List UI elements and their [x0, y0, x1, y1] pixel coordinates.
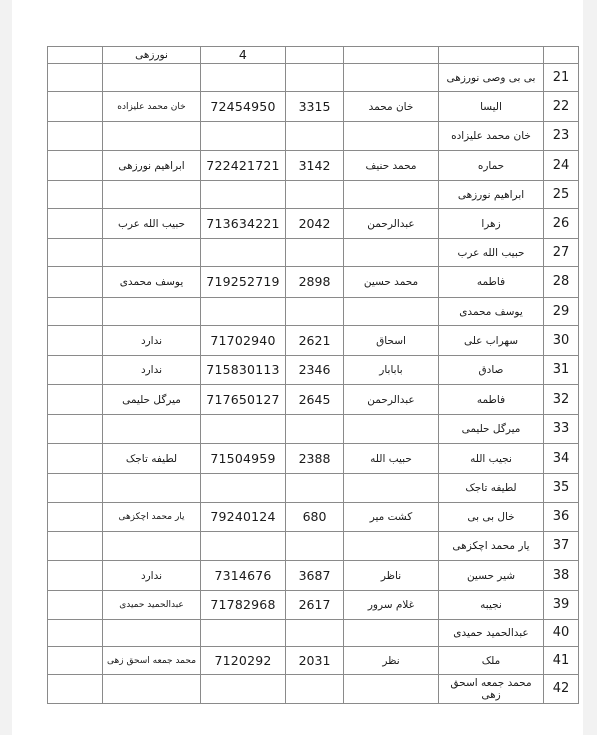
table-row: لطیفه تاجک 71504959 2388 حبیب الله نجیب …: [48, 444, 579, 474]
cell-code: [286, 675, 344, 704]
cell-guardian: [103, 181, 201, 209]
cell-code: [286, 181, 344, 209]
table-row: حبیب الله عرب 713634221 2042 عبدالرحمن ز…: [48, 209, 579, 239]
cell-name: فاطمه: [439, 267, 544, 298]
cell-father-name: حبیب الله: [344, 444, 439, 474]
cell-extra: [48, 415, 103, 444]
cell-name: شیر حسین: [439, 561, 544, 591]
cell-index: 28: [544, 267, 579, 298]
cell-phone: 715830113: [201, 356, 286, 385]
cell-code: [286, 415, 344, 444]
cell-father-name: [344, 181, 439, 209]
cell-index: 40: [544, 620, 579, 647]
cell-code: [286, 474, 344, 503]
cell-guardian: [103, 239, 201, 267]
cell-father-name: ناظر: [344, 561, 439, 591]
cell-name: حبیب الله عرب: [439, 239, 544, 267]
cell-father-name: [344, 298, 439, 326]
cell-index: 22: [544, 92, 579, 122]
cell-name: زهرا: [439, 209, 544, 239]
cell-guardian: [103, 64, 201, 92]
cell-index: 34: [544, 444, 579, 474]
cell-index: 38: [544, 561, 579, 591]
cell-guardian: نورزهی: [103, 47, 201, 64]
table-row: ابراهیم نورزهی 722421721 3142 محمد حنیف …: [48, 151, 579, 181]
table-row: یوسف محمدی 719252719 2898 محمد حسین فاطم…: [48, 267, 579, 298]
cell-father-name: محمد حنیف: [344, 151, 439, 181]
cell-father-name: خان محمد: [344, 92, 439, 122]
cell-extra: [48, 326, 103, 356]
cell-code: [286, 47, 344, 64]
cell-father-name: [344, 239, 439, 267]
cell-extra: [48, 356, 103, 385]
cell-father-name: [344, 532, 439, 561]
cell-phone: 71504959: [201, 444, 286, 474]
cell-index: 36: [544, 503, 579, 532]
cell-father-name: [344, 64, 439, 92]
cell-index: 32: [544, 385, 579, 415]
cell-guardian: خان محمد علیزاده: [103, 92, 201, 122]
cell-father-name: کشت میر: [344, 503, 439, 532]
cell-code: [286, 64, 344, 92]
cell-guardian: ندارد: [103, 326, 201, 356]
cell-phone: 7120292: [201, 647, 286, 675]
table-row: عبدالحمید حمیدی 71782968 2617 غلام سرور …: [48, 591, 579, 620]
table-row: خان محمد علیزاده 23: [48, 122, 579, 151]
cell-name: سهراب علی: [439, 326, 544, 356]
cell-extra: [48, 267, 103, 298]
cell-phone: 4: [201, 47, 286, 64]
cell-extra: [48, 151, 103, 181]
cell-name: صادق: [439, 356, 544, 385]
table-row: عبدالحمید حمیدی 40: [48, 620, 579, 647]
cell-name: یار محمد اچکزهی: [439, 532, 544, 561]
cell-extra: [48, 298, 103, 326]
cell-guardian: ندارد: [103, 561, 201, 591]
cell-guardian: حبیب الله عرب: [103, 209, 201, 239]
cell-phone: 719252719: [201, 267, 286, 298]
cell-father-name: [344, 122, 439, 151]
cell-guardian: میرگل حلیمی: [103, 385, 201, 415]
cell-extra: [48, 209, 103, 239]
cell-guardian: یار محمد اچکزهی: [103, 503, 201, 532]
cell-index: 23: [544, 122, 579, 151]
cell-name: نجیب الله: [439, 444, 544, 474]
cell-code: 3315: [286, 92, 344, 122]
cell-index: 42: [544, 675, 579, 704]
cell-code: 2898: [286, 267, 344, 298]
cell-extra: [48, 620, 103, 647]
cell-father-name: [344, 415, 439, 444]
cell-phone: 72454950: [201, 92, 286, 122]
table-row: بی بی وصی نورزهی 21: [48, 64, 579, 92]
cell-father-name: نظر: [344, 647, 439, 675]
table-row: ابراهیم نورزهی 25: [48, 181, 579, 209]
cell-guardian: یوسف محمدی: [103, 267, 201, 298]
cell-code: 3687: [286, 561, 344, 591]
cell-phone: 71702940: [201, 326, 286, 356]
cell-father-name: [344, 47, 439, 64]
cell-guardian: [103, 675, 201, 704]
cell-father-name: محمد حسین: [344, 267, 439, 298]
cell-father-name: [344, 474, 439, 503]
cell-phone: 71782968: [201, 591, 286, 620]
cell-extra: [48, 675, 103, 704]
cell-father-name: عبدالرحمن: [344, 385, 439, 415]
cell-phone: 7314676: [201, 561, 286, 591]
cell-name: بی بی وصی نورزهی: [439, 64, 544, 92]
cell-extra: [48, 92, 103, 122]
cell-guardian: محمد جمعه اسحق زهی: [103, 647, 201, 675]
cell-index: 24: [544, 151, 579, 181]
cell-father-name: [344, 675, 439, 704]
cell-father-name: بابابار: [344, 356, 439, 385]
table-row: نورزهی 4: [48, 47, 579, 64]
cell-phone: [201, 239, 286, 267]
cell-index: 31: [544, 356, 579, 385]
cell-phone: [201, 620, 286, 647]
cell-guardian: [103, 122, 201, 151]
cell-phone: [201, 474, 286, 503]
table-row: یار محمد اچکزهی 37: [48, 532, 579, 561]
cell-extra: [48, 47, 103, 64]
cell-code: [286, 620, 344, 647]
cell-extra: [48, 239, 103, 267]
cell-guardian: ابراهیم نورزهی: [103, 151, 201, 181]
cell-index: 37: [544, 532, 579, 561]
cell-extra: [48, 561, 103, 591]
cell-code: 3142: [286, 151, 344, 181]
cell-phone: 713634221: [201, 209, 286, 239]
cell-index: 26: [544, 209, 579, 239]
cell-code: [286, 239, 344, 267]
cell-phone: [201, 675, 286, 704]
cell-index: 25: [544, 181, 579, 209]
cell-code: 2617: [286, 591, 344, 620]
table-row: ندارد 71702940 2621 اسحاق سهراب علی 30: [48, 326, 579, 356]
cell-name: محمد جمعه اسحق زهی: [439, 675, 544, 704]
cell-extra: [48, 64, 103, 92]
cell-guardian: لطیفه تاجک: [103, 444, 201, 474]
cell-guardian: [103, 474, 201, 503]
cell-index: 29: [544, 298, 579, 326]
table-row: محمد جمعه اسحق زهی 7120292 2031 نظر ملک …: [48, 647, 579, 675]
cell-code: 2042: [286, 209, 344, 239]
cell-name: خال بی بی: [439, 503, 544, 532]
cell-code: 2346: [286, 356, 344, 385]
cell-index: 35: [544, 474, 579, 503]
cell-index: 27: [544, 239, 579, 267]
table-row: یوسف محمدی 29: [48, 298, 579, 326]
cell-code: 680: [286, 503, 344, 532]
cell-name: ملک: [439, 647, 544, 675]
cell-name: میرگل حلیمی: [439, 415, 544, 444]
cell-guardian: [103, 532, 201, 561]
table-row: لطیفه تاجک 35: [48, 474, 579, 503]
cell-guardian: عبدالحمید حمیدی: [103, 591, 201, 620]
table-row: ندارد 7314676 3687 ناظر شیر حسین 38: [48, 561, 579, 591]
document-page: نورزهی 4 بی بی وصی نورزهی 21 خان محمد عل…: [12, 0, 583, 735]
table-row: حبیب الله عرب 27: [48, 239, 579, 267]
cell-extra: [48, 503, 103, 532]
cell-index: 21: [544, 64, 579, 92]
cell-name: خان محمد علیزاده: [439, 122, 544, 151]
table-row: میرگل حلیمی 717650127 2645 عبدالرحمن فاط…: [48, 385, 579, 415]
cell-extra: [48, 647, 103, 675]
cell-phone: [201, 64, 286, 92]
table-row: یار محمد اچکزهی 79240124 680 کشت میر خال…: [48, 503, 579, 532]
cell-code: [286, 122, 344, 151]
cell-guardian: ندارد: [103, 356, 201, 385]
cell-code: 2388: [286, 444, 344, 474]
table-row: محمد جمعه اسحق زهی 42: [48, 675, 579, 704]
cell-code: [286, 532, 344, 561]
cell-phone: 722421721: [201, 151, 286, 181]
cell-name: عبدالحمید حمیدی: [439, 620, 544, 647]
cell-code: 2621: [286, 326, 344, 356]
cell-index: 41: [544, 647, 579, 675]
cell-name: حماره: [439, 151, 544, 181]
cell-father-name: اسحاق: [344, 326, 439, 356]
cell-father-name: غلام سرور: [344, 591, 439, 620]
cell-phone: [201, 415, 286, 444]
cell-index: 30: [544, 326, 579, 356]
cell-name: فاطمه: [439, 385, 544, 415]
cell-code: 2645: [286, 385, 344, 415]
cell-guardian: [103, 298, 201, 326]
cell-name: الیسا: [439, 92, 544, 122]
cell-index: 39: [544, 591, 579, 620]
table-row: ندارد 715830113 2346 بابابار صادق 31: [48, 356, 579, 385]
cell-name: [439, 47, 544, 64]
cell-phone: [201, 122, 286, 151]
cell-phone: 79240124: [201, 503, 286, 532]
cell-name: یوسف محمدی: [439, 298, 544, 326]
cell-code: [286, 298, 344, 326]
cell-name: لطیفه تاجک: [439, 474, 544, 503]
cell-phone: 717650127: [201, 385, 286, 415]
cell-extra: [48, 385, 103, 415]
cell-index: [544, 47, 579, 64]
cell-name: ابراهیم نورزهی: [439, 181, 544, 209]
cell-phone: [201, 298, 286, 326]
cell-father-name: عبدالرحمن: [344, 209, 439, 239]
cell-guardian: [103, 415, 201, 444]
cell-code: 2031: [286, 647, 344, 675]
cell-phone: [201, 181, 286, 209]
table-row: میرگل حلیمی 33: [48, 415, 579, 444]
table-row: خان محمد علیزاده 72454950 3315 خان محمد …: [48, 92, 579, 122]
cell-extra: [48, 122, 103, 151]
cell-phone: [201, 532, 286, 561]
cell-father-name: [344, 620, 439, 647]
cell-extra: [48, 444, 103, 474]
cell-extra: [48, 181, 103, 209]
cell-extra: [48, 591, 103, 620]
cell-guardian: [103, 620, 201, 647]
cell-index: 33: [544, 415, 579, 444]
cell-extra: [48, 474, 103, 503]
cell-name: نجیبه: [439, 591, 544, 620]
registration-table: نورزهی 4 بی بی وصی نورزهی 21 خان محمد عل…: [47, 46, 579, 704]
cell-extra: [48, 532, 103, 561]
